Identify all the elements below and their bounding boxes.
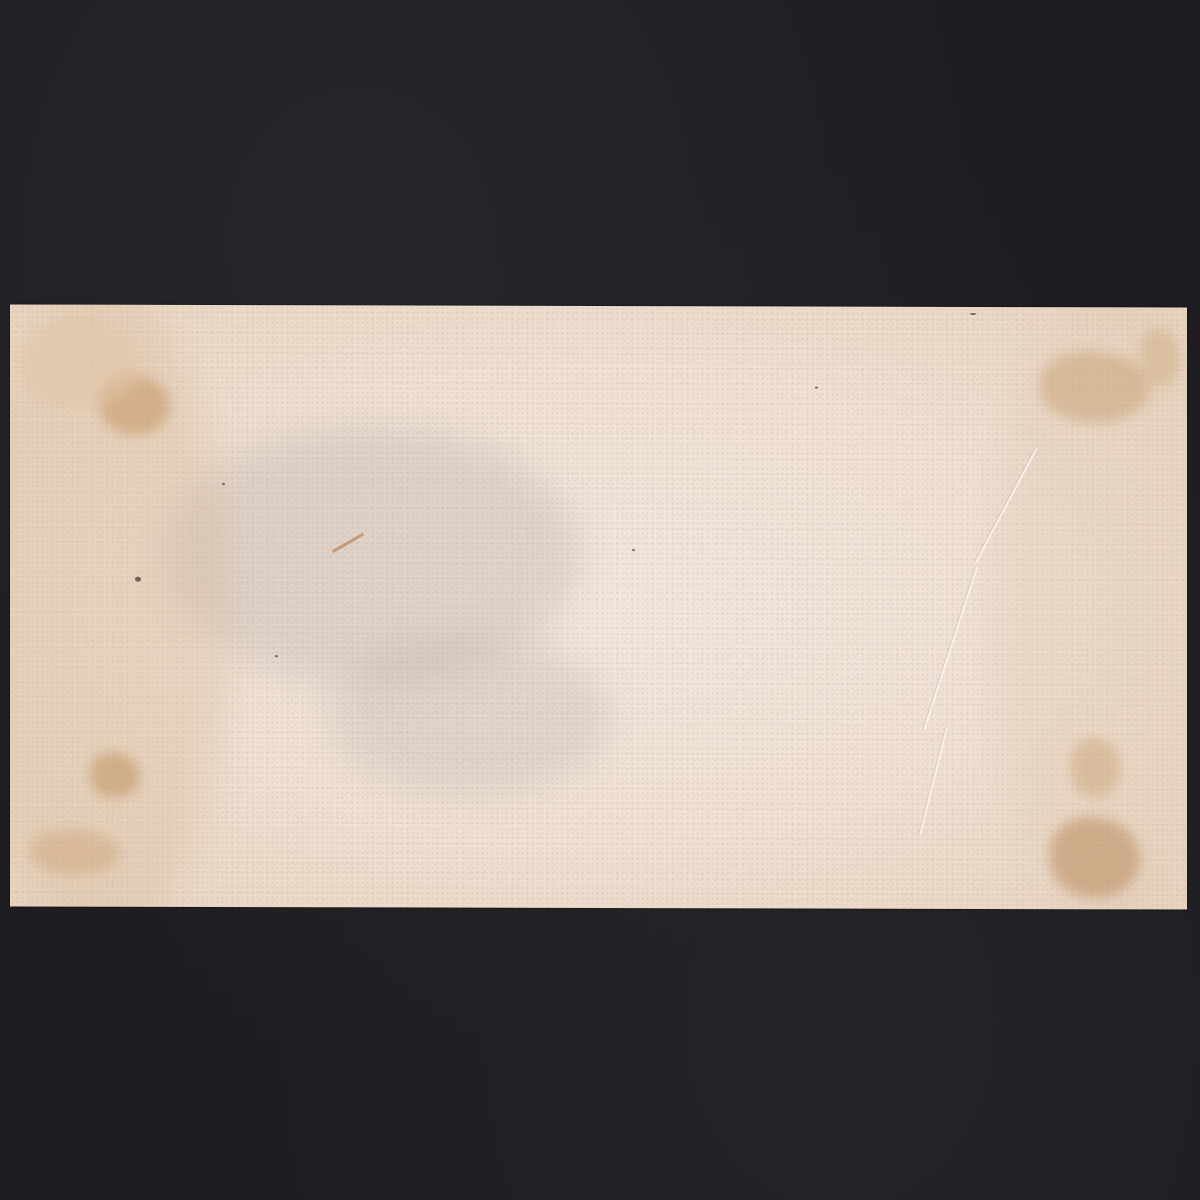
top-right-stain-small	[1140, 327, 1180, 387]
speck	[222, 483, 225, 485]
grey-shading	[330, 635, 610, 796]
bottom-right-stain-small	[1070, 737, 1120, 797]
top-right-stain	[1040, 352, 1150, 422]
paper-note-reverse	[10, 304, 1187, 909]
speck	[135, 577, 141, 582]
bottom-left-stain	[90, 753, 140, 798]
top-left-stain-pale	[20, 319, 140, 409]
speck	[275, 655, 278, 657]
speck	[970, 313, 976, 315]
speck	[632, 549, 635, 551]
speck	[815, 387, 818, 389]
bottom-right-stain	[1050, 817, 1140, 897]
bottom-left-stain-pale	[30, 830, 120, 875]
